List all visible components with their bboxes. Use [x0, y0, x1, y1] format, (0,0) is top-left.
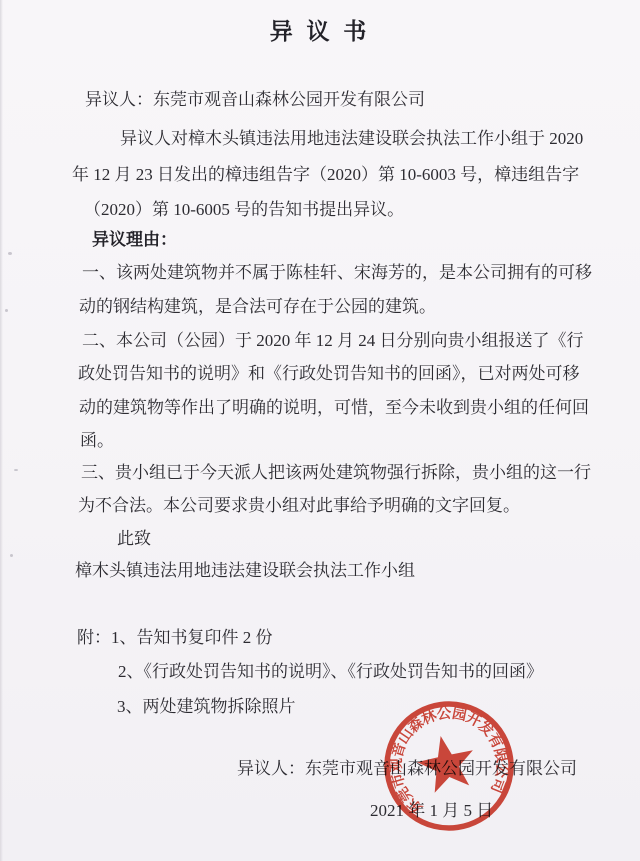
intro-line-2: 年 12 月 23 日发出的樟违组告字（2020）第 10-6003 号，樟违组…	[72, 164, 579, 186]
reasons-heading: 异议理由：	[92, 229, 177, 251]
reason2-line-3: 动的建筑物等作出了明确的说明，可惜，至今未收到贵小组的任何回	[79, 397, 589, 419]
reason2-line-4: 函。	[80, 430, 114, 452]
document-page: 异 议 书 异议人：东莞市观音山森林公园开发有限公司 异议人对樟木头镇违法用地违…	[0, 0, 640, 861]
signature-line: 异议人：东莞市观音山森林公园开发有限公司	[237, 758, 577, 780]
intro-line-3: （2020）第 10-6005 号的告知书提出异议。	[84, 199, 404, 221]
scan-speck	[5, 309, 8, 312]
reason1-line-2: 动的钢结构建筑，是合法可存在于公园的建筑。	[79, 296, 436, 318]
scan-speck	[10, 554, 13, 557]
attachment-line-2: 2、《行政处罚告知书的说明》、《行政处罚告知书的回函》	[118, 661, 543, 683]
scan-edge-shadow	[0, 0, 3, 861]
attachment-line-3: 3、两处建筑物拆除照片	[117, 696, 296, 718]
reason1-line-1: 一、该两处建筑物并不属于陈桂轩、宋海芳的，是本公司拥有的可移	[82, 262, 592, 284]
scan-speck	[14, 469, 18, 471]
objector-line: 异议人：东莞市观音山森林公园开发有限公司	[85, 89, 425, 111]
document-title: 异 议 书	[0, 13, 640, 46]
attachment-line-1: 附：1、告知书复印件 2 份	[77, 627, 273, 649]
recipient-line: 樟木头镇违法用地违法建设联会执法工作小组	[75, 560, 415, 582]
reason2-line-1: 二、本公司（公园）于 2020 年 12 月 24 日分别向贵小组报送了《行	[82, 330, 584, 352]
date-line: 2021 年 1 月 5 日	[370, 800, 493, 822]
intro-line-1: 异议人对樟木头镇违法用地违法建设联会执法工作小组于 2020	[120, 128, 583, 150]
reason3-line-1: 三、贵小组已于今天派人把该两处建筑物强行拆除，贵小组的这一行	[81, 462, 591, 484]
reason2-line-2: 政处罚告知书的说明》和《行政处罚告知书的回函》，已对两处可移	[78, 363, 580, 385]
scan-speck	[8, 252, 12, 255]
reason3-line-2: 为不合法。本公司要求贵小组对此事给予明确的文字回复。	[78, 495, 520, 517]
closing-line: 此致	[117, 528, 151, 550]
